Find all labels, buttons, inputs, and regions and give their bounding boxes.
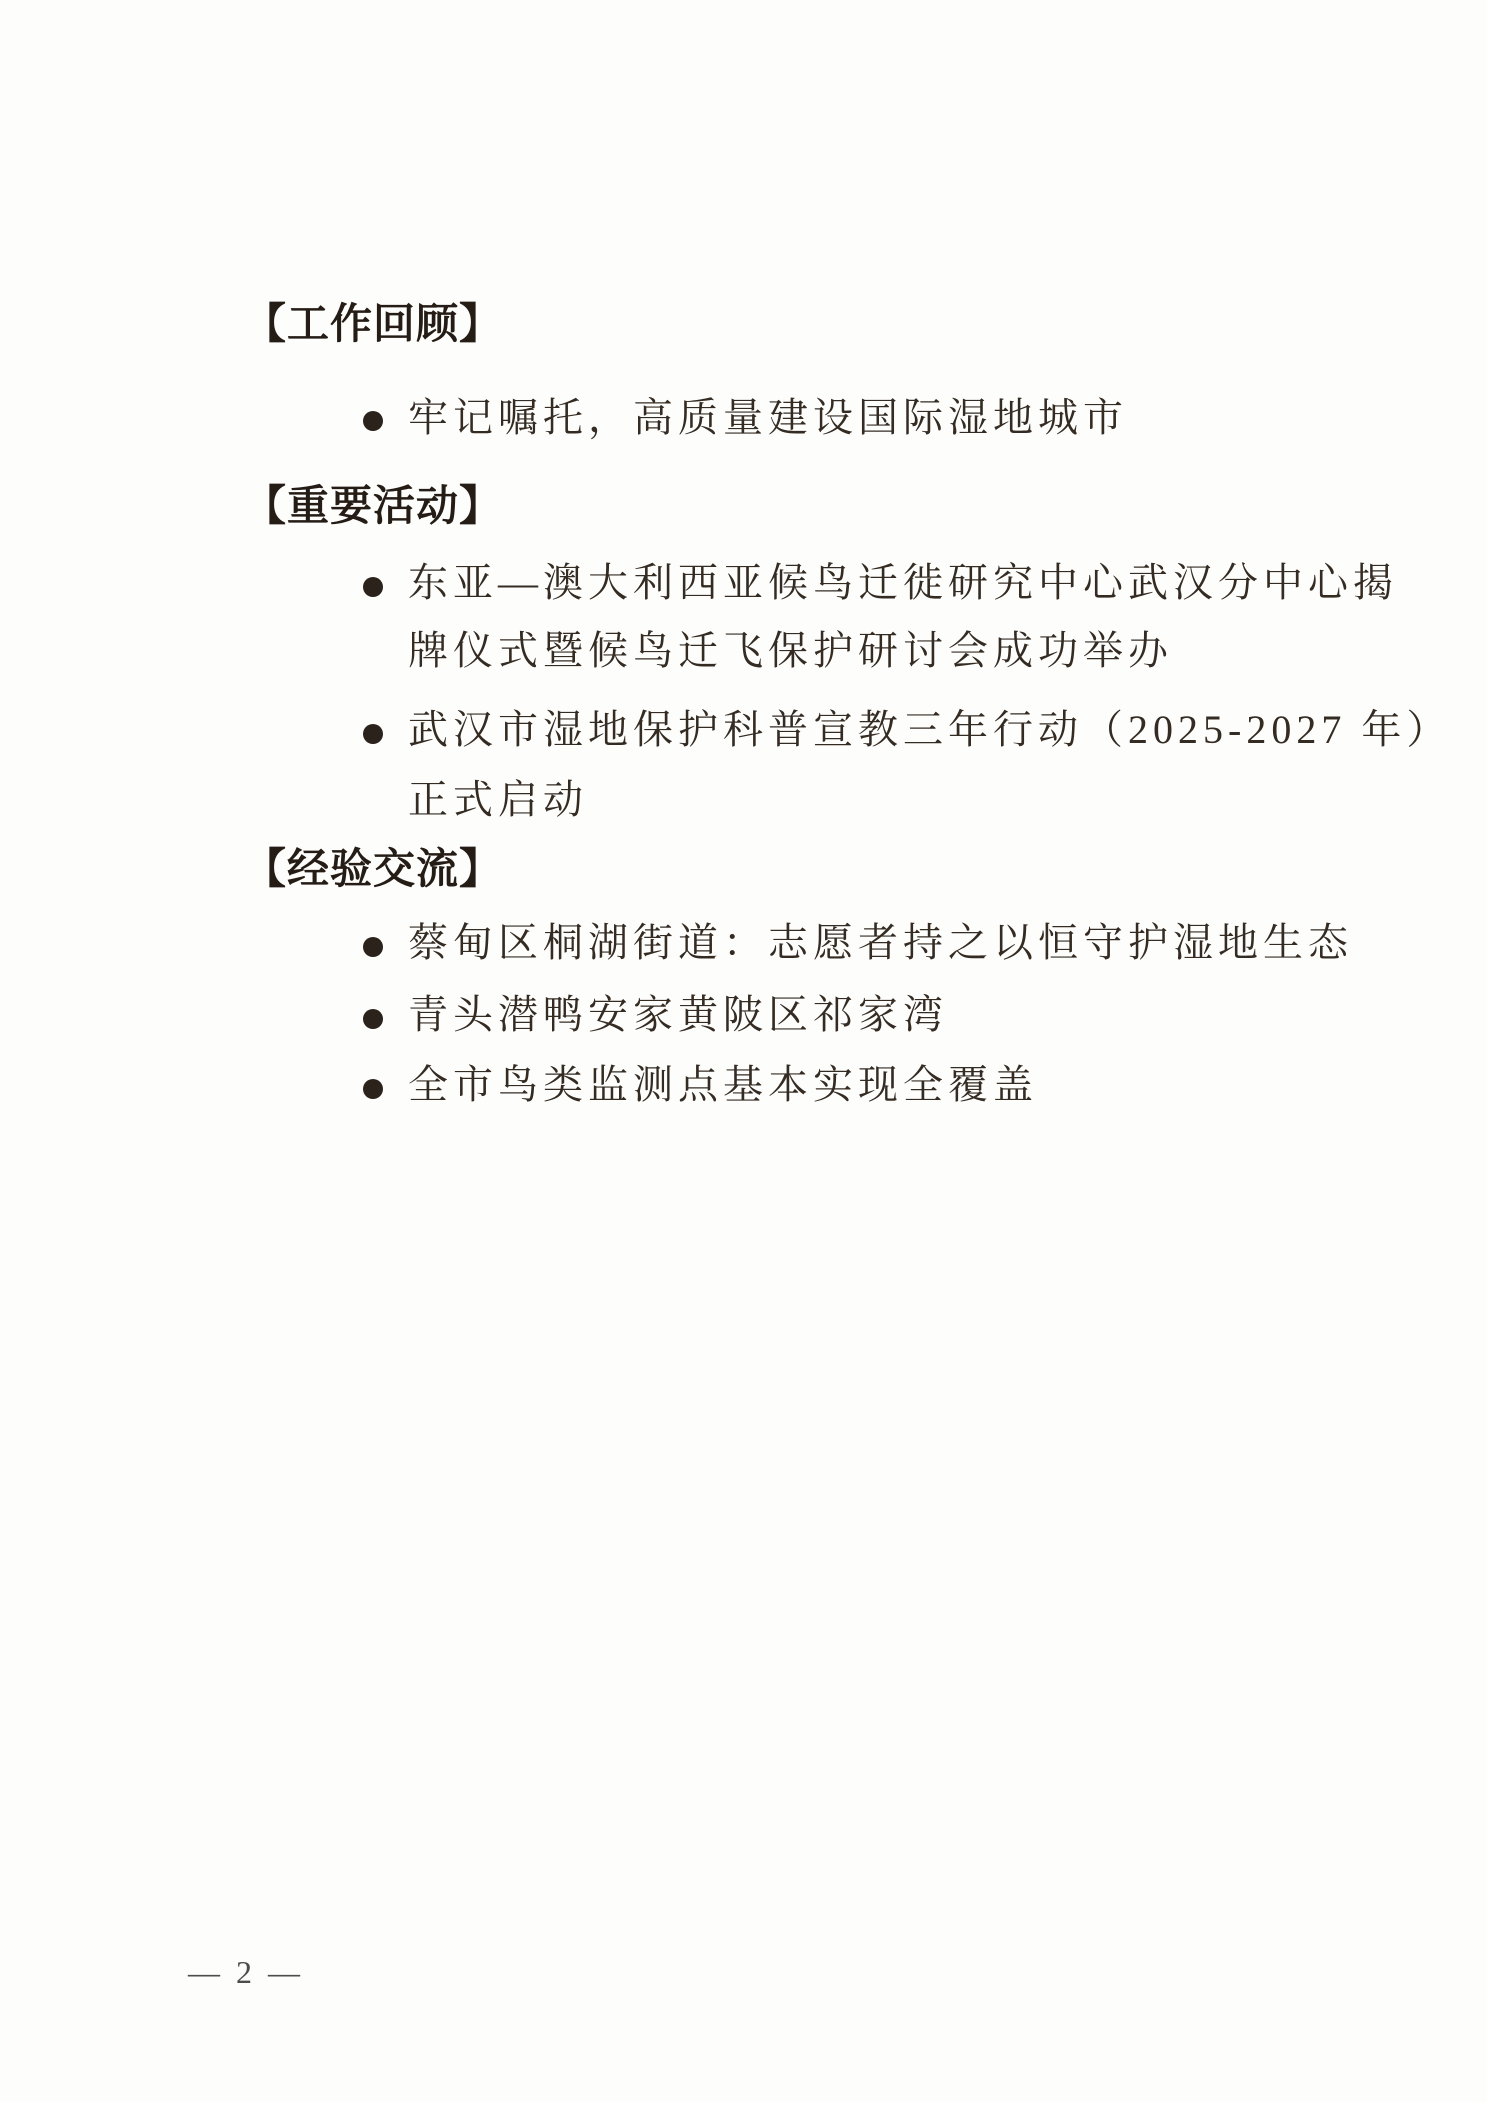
bullet-icon (363, 577, 383, 597)
toc-entry-line: 东亚—澳大利西亚候鸟迁徙研究中心武汉分中心揭 (408, 561, 1398, 605)
toc-entry-line: 全市鸟类监测点基本实现全覆盖 (408, 1063, 1038, 1107)
bullet-icon (363, 1009, 383, 1029)
toc-entry-line-continuation: 牌仪式暨候鸟迁飞保护研讨会成功举办 (408, 629, 1173, 673)
toc-entry-line: 武汉市湿地保护科普宣教三年行动（2025-2027 年） (408, 708, 1451, 752)
document-page: 【工作回顾】 牢记嘱托，高质量建设国际湿地城市 【重要活动】 东亚—澳大利西亚候… (0, 0, 1487, 2102)
bullet-icon (363, 724, 383, 744)
toc-entry-line: 青头潜鸭安家黄陂区祁家湾 (408, 993, 948, 1037)
page-number: — 2 — (188, 1954, 304, 1991)
bullet-icon (363, 937, 383, 957)
section-heading-key-activities: 【重要活动】 (244, 484, 502, 530)
section-heading-experience-exchange: 【经验交流】 (244, 847, 502, 893)
section-heading-work-review: 【工作回顾】 (244, 302, 502, 348)
bullet-icon (363, 1079, 383, 1099)
bullet-icon (363, 411, 383, 431)
toc-entry-line: 牢记嘱托，高质量建设国际湿地城市 (408, 396, 1128, 440)
toc-entry-line: 蔡甸区桐湖街道：志愿者持之以恒守护湿地生态 (408, 921, 1353, 965)
toc-entry-line-continuation: 正式启动 (408, 778, 588, 822)
